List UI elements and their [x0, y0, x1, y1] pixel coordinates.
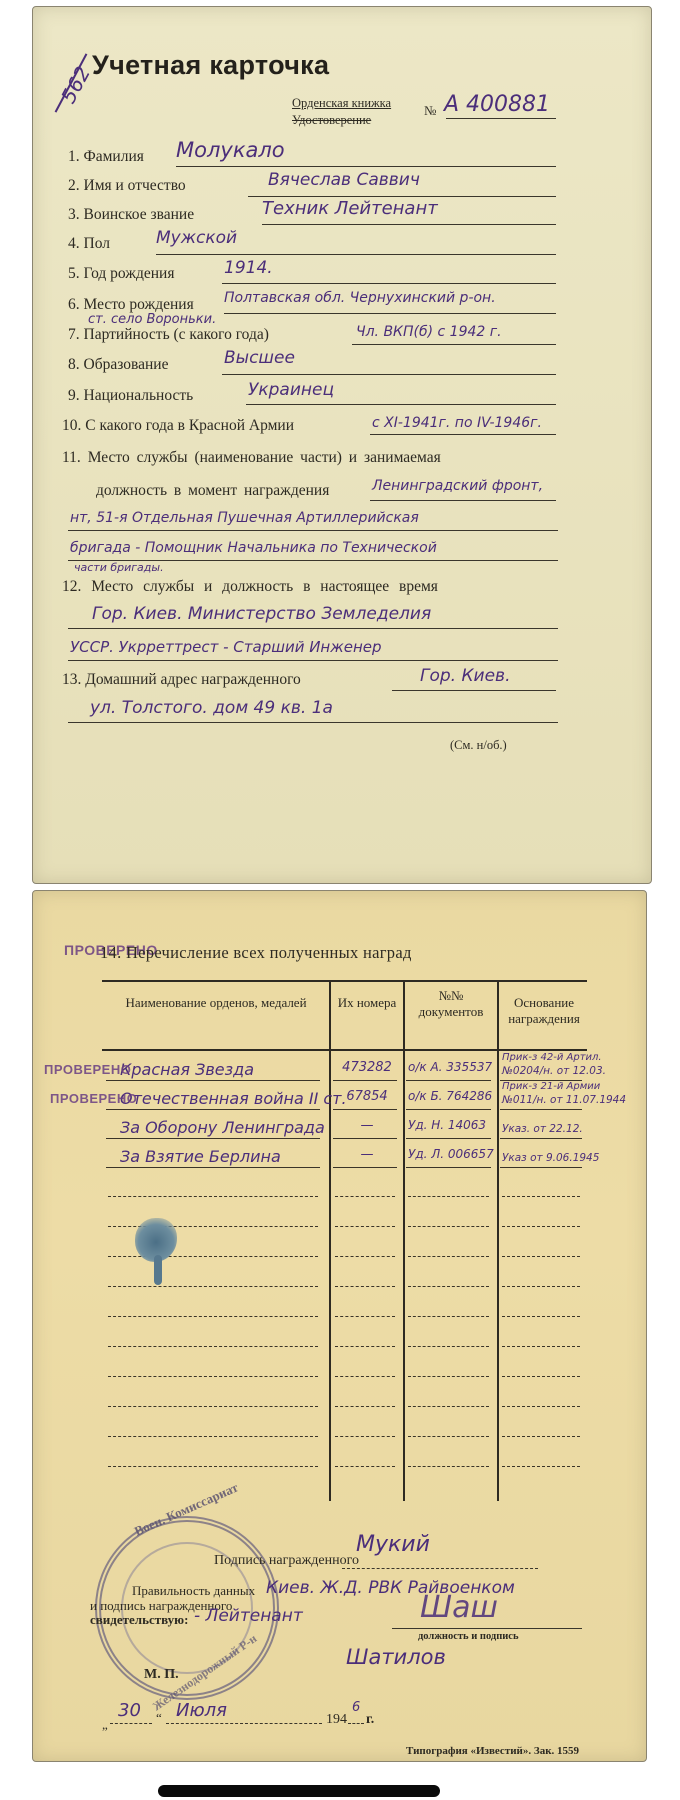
basis-line-2: Указ от 9.06.1945 [502, 1152, 599, 1164]
column-divider-1 [329, 981, 331, 1501]
document-type-struck: Удостоверение [292, 113, 371, 128]
seal-place-label: М. П. [144, 1667, 179, 1683]
empty-row-rule [408, 1196, 489, 1197]
empty-row-rule [408, 1406, 489, 1407]
award-name: Красная Звезда [120, 1060, 254, 1079]
empty-row-rule [108, 1436, 318, 1437]
empty-row-rule [502, 1196, 580, 1197]
certifier-name: Шатилов [346, 1645, 446, 1669]
field-9-value: Украинец [248, 380, 334, 400]
date-day-line [110, 1723, 152, 1724]
row-rule [406, 1167, 491, 1168]
checked-stamp-row: ПРОВЕРЕНО [44, 1062, 131, 1077]
empty-row-rule [335, 1316, 395, 1317]
row-rule [106, 1080, 320, 1081]
field-4-value: Мужской [156, 228, 237, 248]
field-3-value: Техник Лейтенант [262, 198, 438, 219]
column-divider-3 [497, 981, 499, 1501]
empty-row-rule [408, 1436, 489, 1437]
field-13-line2 [68, 722, 558, 723]
row-rule [500, 1167, 582, 1168]
ink-drip [154, 1255, 162, 1285]
table-header-rule [102, 1049, 587, 1051]
field-9-label: 9. Национальность [68, 387, 193, 405]
empty-row-rule [408, 1256, 489, 1257]
field-2-label: 2. Имя и отчество [68, 177, 186, 195]
field-8-value: Высшее [224, 348, 295, 368]
field-12-value-line1: Гор. Киев. Министерство Земледелия [92, 604, 431, 624]
field-11-value-line2: нт, 51-я Отдельная Пушечная Артиллерийск… [70, 510, 419, 526]
date-day: 30 [118, 1700, 141, 1721]
card-title: Учетная карточка [92, 50, 329, 81]
award-name: За Взятие Берлина [120, 1147, 281, 1166]
awardee-signature: Мукий [356, 1532, 430, 1557]
field-6-line [224, 313, 556, 314]
empty-row-rule [108, 1316, 318, 1317]
basis-line-2: №0204/н. от 12.03. [502, 1065, 606, 1077]
empty-row-rule [335, 1376, 395, 1377]
empty-row-rule [502, 1316, 580, 1317]
home-indicator-bar[interactable] [158, 1785, 440, 1797]
field-11-line2 [68, 530, 558, 531]
row-rule [500, 1138, 582, 1139]
field-11-label: 11. Место службы (наименование части) и … [62, 449, 441, 467]
field-8-label: 8. Образование [68, 356, 168, 374]
award-document: Уд. Н. 14063 [408, 1118, 486, 1132]
empty-row-rule [408, 1466, 489, 1467]
empty-row-rule [502, 1376, 580, 1377]
field-1-value: Молукало [176, 138, 285, 162]
column-header-basis: Основание награждения [500, 995, 588, 1027]
row-rule [106, 1138, 320, 1139]
award-document: о/к А. 335537 [408, 1060, 492, 1074]
field-2-value: Вячеслав Саввич [268, 170, 420, 190]
empty-row-rule [335, 1196, 395, 1197]
empty-row-rule [108, 1376, 318, 1377]
certify-line-3: свидетельствую: [90, 1612, 188, 1628]
table-top-rule [102, 980, 587, 982]
position-line [392, 1628, 582, 1629]
printer-note: Типография «Известий». Зак. 1559 [406, 1745, 579, 1757]
row-rule [106, 1109, 320, 1110]
award-document: Уд. Л. 006657 [408, 1147, 494, 1161]
award-name: Отечественная война II ст. [120, 1089, 347, 1108]
date-year-end: г. [366, 1712, 374, 1728]
signature-label: Подпись награжденного [214, 1553, 359, 1569]
field-12-value-line2: УССР. Укрреттрест - Старший Инженер [70, 638, 382, 656]
row-rule [500, 1109, 582, 1110]
empty-row-rule [335, 1226, 395, 1227]
field-13-value-line2: ул. Толстого. дом 49 кв. 1а [90, 698, 333, 718]
field-10-label: 10. С какого года в Красной Армии [62, 417, 294, 435]
empty-row-rule [335, 1346, 395, 1347]
empty-row-rule [335, 1286, 395, 1287]
row-rule [333, 1138, 397, 1139]
field-3-line [262, 224, 556, 225]
number-label: № [424, 103, 436, 119]
field-12-line2 [68, 660, 558, 661]
field-11-value: Ленинградский фронт, [372, 478, 543, 494]
row-rule [406, 1138, 491, 1139]
empty-row-rule [502, 1226, 580, 1227]
field-1-line [176, 166, 556, 167]
field-7-line [352, 344, 556, 345]
award-document: о/к Б. 764286 [408, 1089, 492, 1103]
award-number: — [333, 1118, 401, 1133]
empty-row-rule [335, 1466, 395, 1467]
row-rule [106, 1167, 320, 1168]
field-13-label: 13. Домашний адрес награжденного [62, 671, 301, 689]
empty-row-rule [108, 1346, 318, 1347]
empty-row-rule [335, 1436, 395, 1437]
empty-row-rule [108, 1406, 318, 1407]
field-11-value-line4: части бригады. [74, 561, 164, 574]
empty-row-rule [408, 1226, 489, 1227]
empty-row-rule [335, 1256, 395, 1257]
field-7-value: Чл. ВКП(б) с 1942 г. [356, 324, 502, 340]
field-11-value-line3: бригада - Помощник Начальника по Техниче… [70, 540, 437, 556]
award-number: 67854 [333, 1089, 401, 1104]
basis-line-1: Прик-з 21-й Армии [502, 1081, 600, 1092]
empty-row-rule [408, 1286, 489, 1287]
date-month: Июля [176, 1700, 227, 1721]
date-year-line [348, 1723, 364, 1724]
field-4-label: 4. Пол [68, 235, 110, 253]
field-12-label: 12. Место службы и должность в настоящее… [62, 578, 438, 596]
empty-row-rule [108, 1466, 318, 1467]
date-year-suffix: 6 [352, 1700, 360, 1715]
field-9-line [246, 404, 556, 405]
row-rule [333, 1167, 397, 1168]
field-8-line [222, 374, 556, 375]
field-5-value: 1914. [224, 258, 273, 278]
field-6-value-line2: ст. село Вороньки. [88, 312, 216, 327]
field-5-line [222, 283, 556, 284]
row-rule [406, 1080, 491, 1081]
empty-row-rule [502, 1346, 580, 1347]
empty-row-rule [408, 1376, 489, 1377]
number-value: А 400881 [444, 92, 550, 117]
basis-line-1: Прик-з 42-й Артил. [502, 1052, 602, 1063]
field-4-line [156, 254, 556, 255]
checked-stamp-row: ПРОВЕРЕНО [50, 1091, 137, 1106]
field-2-line [248, 196, 556, 197]
empty-row-rule [108, 1196, 318, 1197]
row-rule [333, 1080, 397, 1081]
award-name: За Оборону Ленинграда [120, 1118, 325, 1137]
field-11-label-line2: должность в момент награждения [96, 482, 329, 500]
field-5-label: 5. Год рождения [68, 265, 174, 283]
basis-line-2: Указ. от 22.12. [502, 1123, 583, 1135]
field-11-line [370, 500, 556, 501]
field-3-label: 3. Воинское звание [68, 206, 194, 224]
date-open-quote: „ [102, 1717, 108, 1733]
number-underline [446, 118, 556, 119]
column-divider-2 [403, 981, 405, 1501]
certifier-rank: - Лейтенант [194, 1606, 303, 1626]
empty-row-rule [502, 1406, 580, 1407]
basis-line-2: №011/н. от 11.07.1944 [502, 1094, 626, 1106]
column-header-documents: №№ документов [406, 988, 496, 1020]
position-label: должность и подпись [418, 1631, 519, 1642]
section-title: 14. Перечисление всех полученных наград [100, 943, 412, 963]
see-reverse-note: (См. н/об.) [450, 738, 507, 753]
empty-row-rule [408, 1316, 489, 1317]
field-1-label: 1. Фамилия [68, 148, 144, 166]
column-header-award: Наименование орденов, медалей [110, 995, 322, 1011]
signature-line [342, 1568, 538, 1569]
date-year-prefix: 194 [326, 1712, 347, 1728]
document-type-selected: Орденская книжка [292, 96, 391, 111]
empty-row-rule [502, 1466, 580, 1467]
row-rule [333, 1109, 397, 1110]
award-number: — [333, 1147, 401, 1162]
column-header-number: Их номера [332, 995, 402, 1011]
empty-row-rule [335, 1406, 395, 1407]
field-10-line [370, 434, 556, 435]
field-12-line1 [68, 628, 558, 629]
field-13-value: Гор. Киев. [420, 666, 510, 686]
row-rule [406, 1109, 491, 1110]
field-10-value: с XI-1941г. по IV-1946г. [372, 415, 542, 431]
field-6-value: Полтавская обл. Чернухинский р-он. [224, 290, 496, 306]
field-7-label: 7. Партийность (с какого года) [68, 326, 269, 344]
account-card-front [32, 6, 652, 884]
certify-line-1: Правильность данных [132, 1583, 255, 1599]
empty-row-rule [502, 1436, 580, 1437]
date-close-quote: “ [156, 1710, 162, 1726]
empty-row-rule [502, 1256, 580, 1257]
empty-row-rule [108, 1286, 318, 1287]
certifier-signature: Шаш [420, 1590, 498, 1625]
field-13-line [392, 690, 556, 691]
empty-row-rule [408, 1346, 489, 1347]
empty-row-rule [502, 1286, 580, 1287]
empty-row-rule [108, 1256, 318, 1257]
award-number: 473282 [333, 1060, 401, 1075]
date-month-line [166, 1723, 322, 1724]
